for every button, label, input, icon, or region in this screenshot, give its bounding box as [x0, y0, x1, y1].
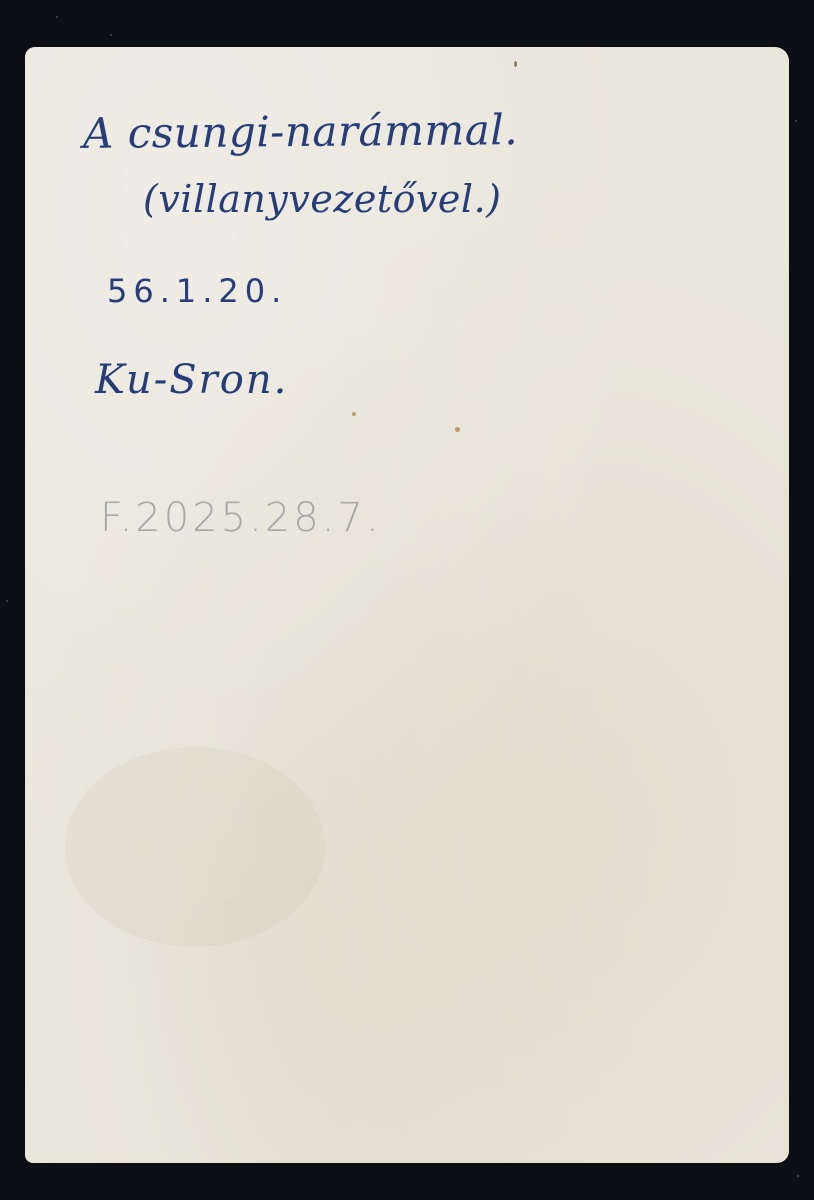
- caption-line-1: A csungi-narámmal.: [83, 105, 518, 158]
- paper-speck: [455, 427, 460, 432]
- inventory-number: F.2025.28.7.: [100, 495, 382, 541]
- dust-speck: [795, 120, 797, 122]
- caption-line-2: (villanyvezetővel.): [143, 177, 501, 221]
- handwritten-signature: Ku-Sron.: [95, 357, 288, 403]
- paper-stain: [65, 747, 325, 947]
- handwritten-date: 56.1.20.: [107, 272, 287, 310]
- dust-speck: [56, 16, 58, 18]
- paper-speck: [352, 412, 356, 416]
- dust-speck: [797, 1175, 799, 1177]
- photo-card-reverse: A csungi-narámmal. (villanyvezetővel.) 5…: [25, 47, 789, 1163]
- paper-speck: [514, 61, 517, 67]
- dust-speck: [6, 600, 8, 602]
- dust-speck: [110, 34, 112, 36]
